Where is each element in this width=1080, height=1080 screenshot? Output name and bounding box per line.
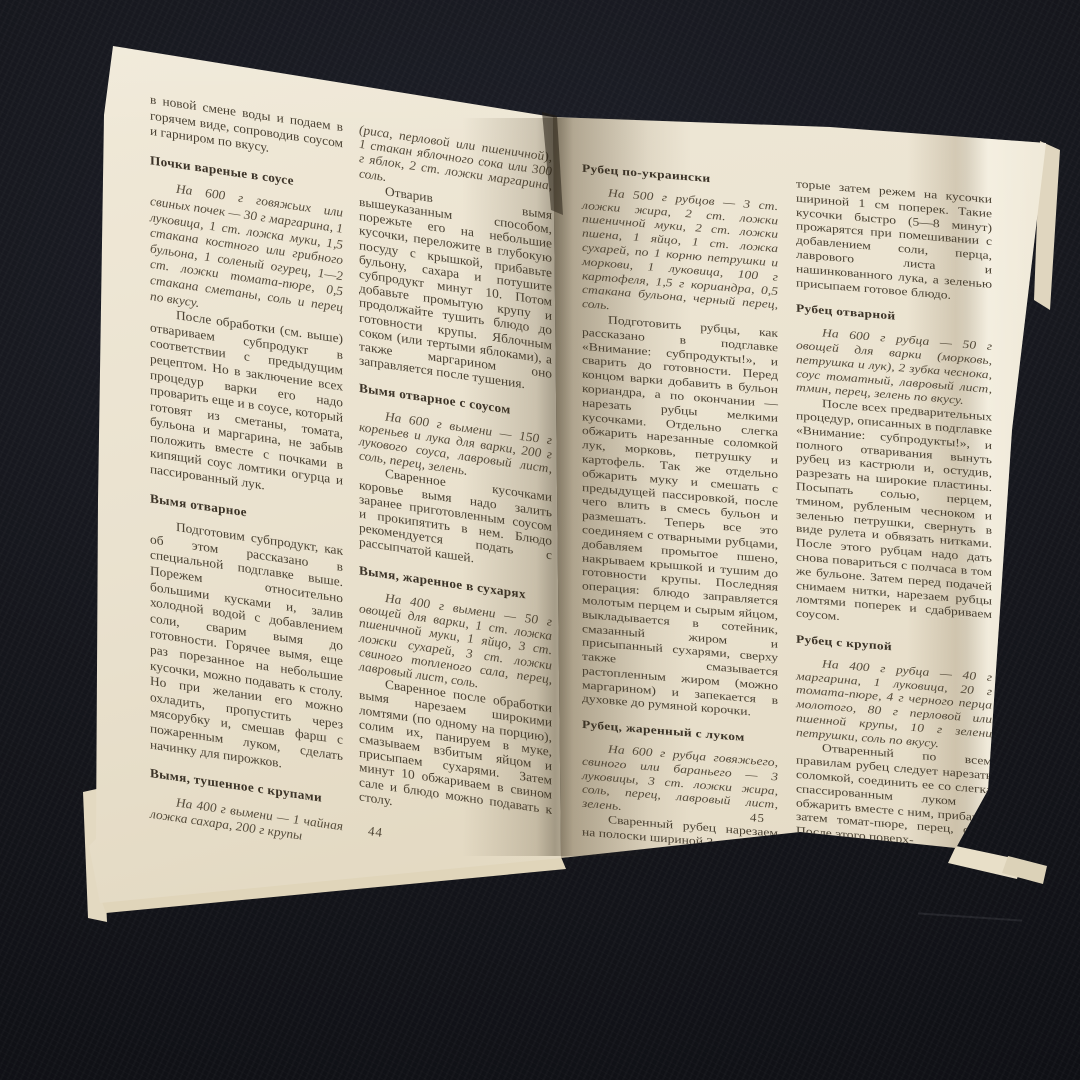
paragraph: Подготовить рубцы, как рассказано в подг… [582,311,778,722]
text-column: в новой смене воды и подаем в горячем ви… [150,92,343,850]
paragraph: Сваренное после обработки вымя нарезаем … [359,673,552,831]
photo-background: в новой смене воды и подаем в горячем ви… [0,0,1080,1080]
paragraph: Подготовим субпродукт, как об этом расск… [150,516,343,780]
paragraph: торые затем режем на кусочки шириной 1 с… [796,177,992,306]
paragraph: После обработки (см. выше) отвариваем су… [150,304,343,505]
text-column: Рубец по-украинскиНа 500 г рубцов — 3 ст… [582,160,778,855]
paragraph: После всех предварительных процедур, опи… [796,395,992,637]
paragraph: На 500 г рубцов — 3 ст. ложки жира, 2 ст… [582,184,778,327]
text-column: торые затем режем на кусочки шириной 1 с… [796,177,992,872]
paragraph: Отварив вымя вышеуказанным способом, пор… [359,180,552,396]
text-column: (риса, перловой или пшеничной), 1 стакан… [359,122,552,880]
page-number: 45 [750,810,766,825]
left-page-text: в новой смене воды и подаем в горячем ви… [150,92,552,880]
right-page-text: Рубец по-украинскиНа 500 г рубцов — 3 ст… [582,160,992,872]
page-number: 44 [367,823,384,841]
paragraph: На 400 г рубца — 40 г маргарина, 1 луков… [796,655,992,755]
